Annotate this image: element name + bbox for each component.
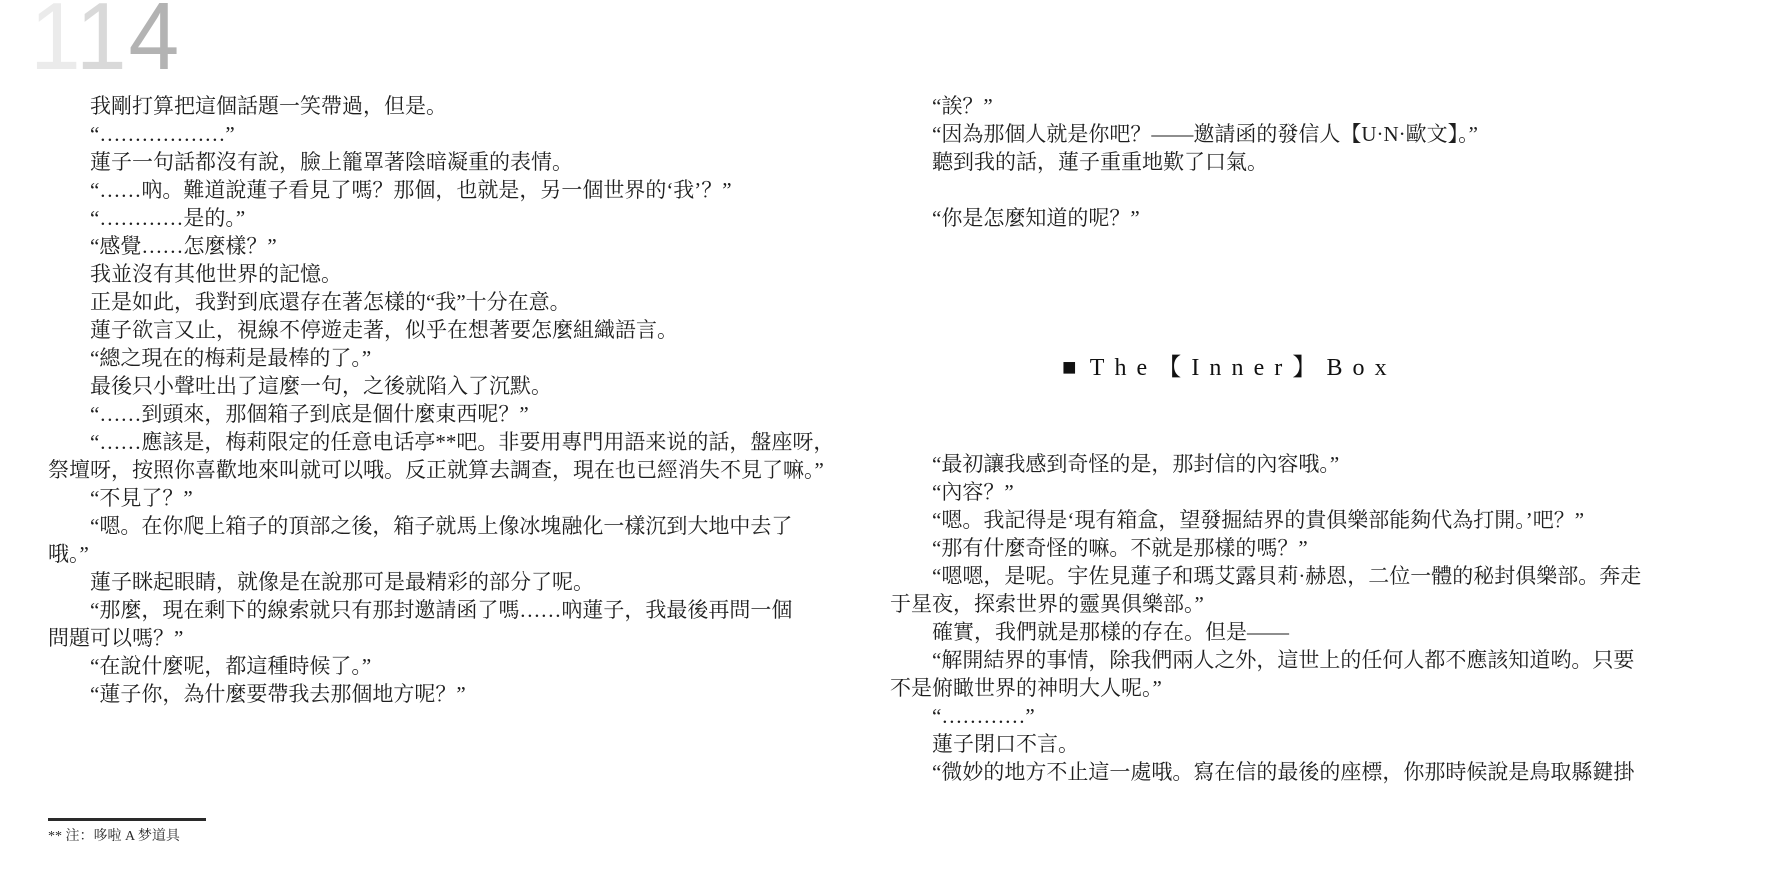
- text-line: 確實，我們就是那樣的存在。但是——: [890, 618, 1736, 646]
- text-line: “在說什麼呢，都這種時候了。”: [48, 652, 874, 680]
- text-line: 不是俯瞰世界的神明大人呢。”: [890, 674, 1736, 702]
- text-line: “最初讓我感到奇怪的是，那封信的內容哦。”: [890, 450, 1736, 478]
- text-line: 蓮子眯起眼睛，就像是在說那可是最精彩的部分了呢。: [48, 568, 874, 596]
- right-opening-block: “誒？”“因為那個人就是你吧？——邀請函的發信人【U·N·歐文】。”聽到我的話，…: [890, 92, 1736, 176]
- text-line: 哦。”: [48, 540, 874, 568]
- text-line: 蓮子閉口不言。: [890, 730, 1736, 758]
- text-line: “不見了？”: [48, 484, 874, 512]
- text-line: “…………是的。”: [48, 204, 874, 232]
- text-line: “那有什麼奇怪的嘛。不就是那樣的嗎？”: [890, 534, 1736, 562]
- text-line: 蓮子欲言又止，視線不停遊走著，似乎在想著要怎麼組織語言。: [48, 316, 874, 344]
- text-line: “……應該是，梅莉限定的任意电话亭**吧。非要用專門用語来说的話，盤座呀，: [48, 428, 874, 456]
- question-line: “你是怎麼知道的呢？”: [890, 204, 1736, 232]
- footnote-rule: [48, 818, 206, 821]
- text-line: “因為那個人就是你吧？——邀請函的發信人【U·N·歐文】。”: [890, 120, 1736, 148]
- page-number: 114: [30, 0, 181, 92]
- text-line: 我剛打算把這個話題一笑帶過，但是。: [48, 92, 874, 120]
- text-line: “微妙的地方不止這一處哦。寫在信的最後的座標，你那時候說是鳥取縣鍵掛: [890, 758, 1736, 786]
- text-line: “那麼，現在剩下的線索就只有那封邀請函了嗎……吶蓮子，我最後再問一個: [48, 596, 874, 624]
- text-line: “總之現在的梅莉是最棒的了。”: [48, 344, 874, 372]
- text-line: “感覺……怎麼樣？”: [48, 232, 874, 260]
- section-heading: ■The【Inner】Box: [890, 352, 1736, 384]
- text-line: “嗯嗯，是呢。宇佐見蓮子和瑪艾露貝莉·赫恩，二位一體的秘封俱樂部。奔走: [890, 562, 1736, 590]
- right-page: “誒？”“因為那個人就是你吧？——邀請函的發信人【U·N·歐文】。”聽到我的話，…: [890, 92, 1736, 786]
- text-line: “嗯。在你爬上箱子的頂部之後，箱子就馬上像冰塊融化一樣沉到大地中去了: [48, 512, 874, 540]
- left-text-block: 我剛打算把這個話題一笑帶過，但是。“………………”蓮子一句話都沒有說，臉上籠罩著…: [48, 92, 874, 708]
- text-line: “……到頭來，那個箱子到底是個什麼東西呢？”: [48, 400, 874, 428]
- text-line: “嗯。我記得是‘現有箱盒，望發掘結界的貴俱樂部能夠代為打開。’吧？”: [890, 506, 1736, 534]
- text-line: “………………”: [48, 120, 874, 148]
- footnote: ** 注：哆啦 A 梦道具: [48, 818, 448, 846]
- text-line: 最後只小聲吐出了這麼一句，之後就陷入了沉默。: [48, 372, 874, 400]
- text-line: “誒？”: [890, 92, 1736, 120]
- text-line: 問題可以嗎？”: [48, 624, 874, 652]
- text-line: “…………”: [890, 702, 1736, 730]
- text-line: “內容？”: [890, 478, 1736, 506]
- section-title: The【Inner】Box: [1090, 355, 1397, 381]
- text-line: “蓮子你，為什麼要帶我去那個地方呢？”: [48, 680, 874, 708]
- section-marker-icon: ■: [1062, 355, 1090, 381]
- text-line: 祭壇呀，按照你喜歡地來叫就可以哦。反正就算去調查，現在也已經消失不見了嘛。”: [48, 456, 874, 484]
- text-line: 蓮子一句話都沒有說，臉上籠罩著陰暗凝重的表情。: [48, 148, 874, 176]
- text-line: “……吶。難道說蓮子看見了嗎？那個，也就是，另一個世界的‘我’？”: [48, 176, 874, 204]
- footnote-text: ** 注：哆啦 A 梦道具: [48, 828, 448, 846]
- page-number-digit: 1: [76, 0, 129, 90]
- text-line: “解開結界的事情，除我們兩人之外，這世上的任何人都不應該知道哟。只要: [890, 646, 1736, 674]
- page-number-digit: 1: [30, 0, 76, 90]
- text-line: 聽到我的話，蓮子重重地歎了口氣。: [890, 148, 1736, 176]
- left-page: 我剛打算把這個話題一笑帶過，但是。“………………”蓮子一句話都沒有說，臉上籠罩著…: [48, 92, 874, 708]
- page-number-digit: 4: [128, 0, 181, 90]
- book-spread: 114 我剛打算把這個話題一笑帶過，但是。“………………”蓮子一句話都沒有說，臉…: [0, 0, 1772, 886]
- text-line: 正是如此，我對到底還存在著怎樣的“我”十分在意。: [48, 288, 874, 316]
- right-body-block: “最初讓我感到奇怪的是，那封信的內容哦。”“內容？”“嗯。我記得是‘現有箱盒，望…: [890, 450, 1736, 786]
- text-line: 我並沒有其他世界的記憶。: [48, 260, 874, 288]
- text-line: 于星夜，探索世界的靈異俱樂部。”: [890, 590, 1736, 618]
